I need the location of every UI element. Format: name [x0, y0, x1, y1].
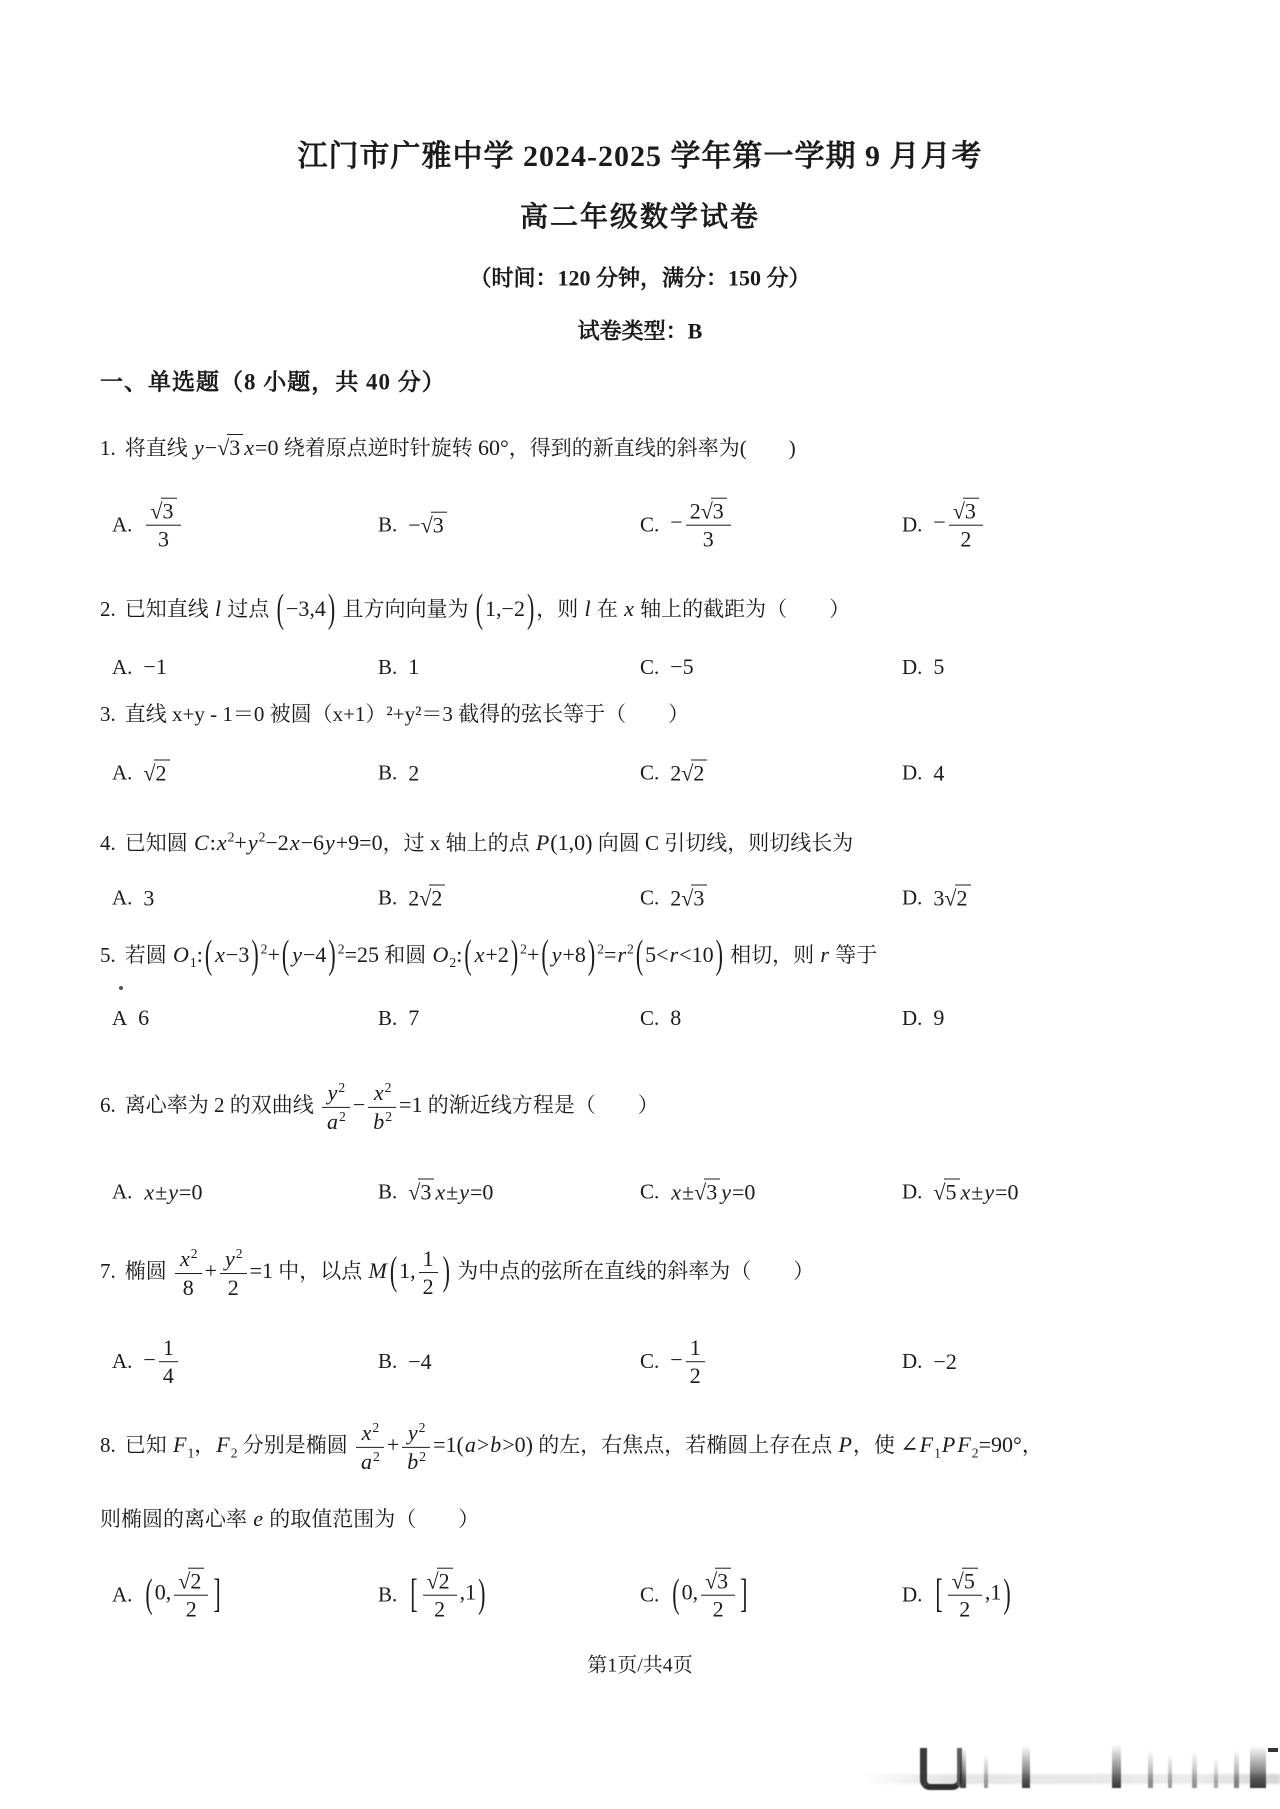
scan-dot-artifact [119, 986, 123, 990]
question-3-option-d: D.4 [902, 760, 1182, 786]
time-score-info: （时间：120 分钟，满分：150 分） [0, 262, 1280, 293]
option-label: C. [640, 655, 659, 680]
question-2-option-d: D.5 [902, 654, 1182, 680]
question-7-number: 7. [100, 1259, 116, 1283]
question-7-option-c: C.−12 [640, 1335, 902, 1389]
option-value: √2 [143, 760, 169, 787]
question-5-options: A6B.7C.8D.9 [112, 1005, 1182, 1031]
option-value: 2√2 [670, 760, 707, 787]
paper-subtitle: 高二年级数学试卷 [0, 195, 1280, 235]
option-value: −√3 [408, 512, 447, 539]
option-label: B. [378, 886, 397, 911]
option-label: B. [378, 1006, 397, 1031]
option-value: 2 [408, 760, 419, 786]
option-value: 2√2 [408, 885, 445, 912]
section-heading: 一、单选题（8 小题，共 40 分） [100, 364, 446, 397]
question-8-option-c: C.(0,√32] [640, 1568, 902, 1623]
question-3-options: A.√2B.2C.2√2D.4 [112, 760, 1182, 787]
question-6-option-c: C.x±√3y=0 [640, 1179, 902, 1206]
question-3-option-a: A.√2 [112, 760, 378, 787]
question-4-option-a: A.3 [112, 885, 378, 911]
option-value: 8 [670, 1005, 681, 1031]
option-label: C. [640, 1006, 659, 1031]
option-value: 2√3 [670, 885, 707, 912]
question-4-number: 4. [100, 831, 116, 855]
question-2-option-c: C.−5 [640, 654, 902, 680]
question-2-option-b: B.1 [378, 654, 640, 680]
question-1-option-b: B.−√3 [378, 512, 640, 539]
scan-artifact [862, 1742, 1280, 1798]
question-7-option-a: A.−14 [112, 1335, 378, 1389]
exam-title: 江门市广雅中学 2024-2025 学年第一学期 9 月月考 [0, 131, 1280, 175]
question-2-option-a: A.−1 [112, 654, 378, 680]
question-7-stem: 7.椭圆 x28+y22=1 中，以点 M(1,12) 为中点的弦所在直线的斜率… [100, 1246, 814, 1300]
option-label: C. [640, 513, 659, 538]
question-4-option-b: B.2√2 [378, 885, 640, 912]
option-label: D. [902, 886, 922, 911]
exam-paper-page: 江门市广雅中学 2024-2025 学年第一学期 9 月月考 高二年级数学试卷 … [0, 0, 1280, 1809]
question-7-option-b: B.−4 [378, 1349, 640, 1375]
option-label: D. [902, 1350, 922, 1375]
question-1-option-c: C.−2√33 [640, 498, 902, 553]
option-label: A. [112, 1180, 132, 1205]
question-8-options: A.(0,√22]B.[√22,1)C.(0,√32]D.[√52,1) [112, 1568, 1182, 1623]
option-label: D. [902, 513, 922, 538]
question-1-option-a: A.√33 [112, 498, 378, 553]
option-value: −4 [408, 1349, 431, 1375]
question-8-option-b: B.[√22,1) [378, 1568, 640, 1623]
question-3-option-b: B.2 [378, 760, 640, 786]
option-label: C. [640, 1180, 659, 1205]
question-1-options: A.√33B.−√3C.−2√33D.−√32 [112, 498, 1182, 553]
option-label: B. [378, 1583, 397, 1608]
question-6-option-d: D.√5x±y=0 [902, 1179, 1182, 1206]
option-value: −14 [143, 1335, 180, 1389]
option-label: A. [112, 655, 132, 680]
option-label: A. [112, 886, 132, 911]
option-label: D. [902, 1583, 922, 1608]
question-7-option-d: D.−2 [902, 1349, 1182, 1375]
question-4-options: A.3B.2√2C.2√3D.3√2 [112, 885, 1182, 912]
option-label: D. [902, 655, 922, 680]
option-value: −5 [670, 654, 693, 680]
option-value: (0,√32] [670, 1568, 749, 1623]
option-value: x±√3y=0 [670, 1179, 755, 1206]
question-3-stem: 3.直线 x+y - 1＝0 被圆（x+1）²+y²＝3 截得的弦长等于（ ） [100, 698, 689, 728]
option-label: C. [640, 1350, 659, 1375]
option-label: B. [378, 761, 397, 786]
option-value: 9 [933, 1005, 944, 1031]
question-5-option-b: B.7 [378, 1005, 640, 1031]
option-value: 3√2 [933, 885, 970, 912]
option-value: −√32 [933, 498, 986, 553]
question-5-option-a: A6 [112, 1005, 378, 1031]
option-label: B. [378, 655, 397, 680]
question-7-options: A.−14B.−4C.−12D.−2 [112, 1335, 1182, 1389]
option-label: A. [112, 1583, 132, 1608]
option-label: D. [902, 1180, 922, 1205]
question-4-option-d: D.3√2 [902, 885, 1182, 912]
question-1-stem: 1.将直线 y−√3x=0 绕着原点逆时针旋转 60°，得到的新直线的斜率为( … [100, 432, 796, 462]
question-4-option-c: C.2√3 [640, 885, 902, 912]
option-value: 5 [933, 654, 944, 680]
option-label: B. [378, 513, 397, 538]
question-2-stem: 2.已知直线 l 过点 (−3,4) 且方向向量为 (1,−2)，则 l 在 x… [100, 593, 850, 623]
question-6-stem: 6.离心率为 2 的双曲线 y2a2−x2b2=1 的渐近线方程是（ ） [100, 1080, 659, 1134]
question-3-option-c: C.2√2 [640, 760, 902, 787]
question-8-number: 8. [100, 1433, 116, 1457]
option-value: [√52,1) [933, 1568, 1012, 1623]
option-label: A. [112, 513, 132, 538]
question-8-option-d: D.[√52,1) [902, 1568, 1182, 1623]
option-value: √3x±y=0 [408, 1179, 493, 1206]
paper-type: 试卷类型：B [0, 315, 1280, 346]
option-value: −12 [670, 1335, 707, 1389]
option-value: 1 [408, 654, 419, 680]
question-6-option-a: A.x±y=0 [112, 1179, 378, 1205]
question-8-stem-line2: 则椭圆的离心率 e 的取值范围为（ ） [100, 1503, 479, 1533]
option-value: (0,√22] [143, 1568, 222, 1623]
question-8-stem: 8.已知 F1，F2 分别是椭圆 x2a2+y2b2=1(a>b>0) 的左，右… [100, 1420, 1043, 1474]
question-2-number: 2. [100, 597, 116, 621]
option-label: C. [640, 1583, 659, 1608]
question-6-number: 6. [100, 1093, 116, 1117]
question-4-stem: 4.已知圆 C:x2+y2−2x−6y+9=0，过 x 轴上的点 P(1,0) … [100, 827, 853, 857]
option-value: x±y=0 [143, 1179, 202, 1205]
option-value: [√22,1) [408, 1568, 487, 1623]
option-value: √33 [143, 498, 183, 553]
question-5-option-c: C.8 [640, 1005, 902, 1031]
question-5-stem: 5.若圆 O1:(x−3)2+(y−4)2=25 和圆 O2:(x+2)2+(y… [100, 939, 877, 971]
question-5-number: 5. [100, 943, 116, 967]
option-label: C. [640, 886, 659, 911]
option-value: 3 [143, 885, 154, 911]
question-8-option-a: A.(0,√22] [112, 1568, 378, 1623]
question-3-number: 3. [100, 702, 116, 726]
question-1-number: 1. [100, 436, 116, 460]
option-label: A. [112, 1350, 132, 1375]
question-5-option-d: D.9 [902, 1005, 1182, 1031]
option-label: B. [378, 1350, 397, 1375]
option-label: B. [378, 1180, 397, 1205]
option-value: −1 [143, 654, 166, 680]
question-6-option-b: B.√3x±y=0 [378, 1179, 640, 1206]
question-6-options: A.x±y=0B.√3x±y=0C.x±√3y=0D.√5x±y=0 [112, 1179, 1182, 1206]
option-label: D. [902, 761, 922, 786]
option-label: A [112, 1006, 127, 1031]
option-label: D. [902, 1006, 922, 1031]
option-value: −2√33 [670, 498, 734, 553]
option-value: −2 [933, 1349, 956, 1375]
question-2-options: A.−1B.1C.−5D.5 [112, 654, 1182, 680]
option-label: C. [640, 761, 659, 786]
option-value: 4 [933, 760, 944, 786]
option-value: 6 [138, 1005, 149, 1031]
option-value: 7 [408, 1005, 419, 1031]
option-label: A. [112, 761, 132, 786]
question-1-option-d: D.−√32 [902, 498, 1182, 553]
option-value: √5x±y=0 [933, 1179, 1018, 1206]
page-indicator: 第1页/共4页 [0, 1649, 1280, 1678]
